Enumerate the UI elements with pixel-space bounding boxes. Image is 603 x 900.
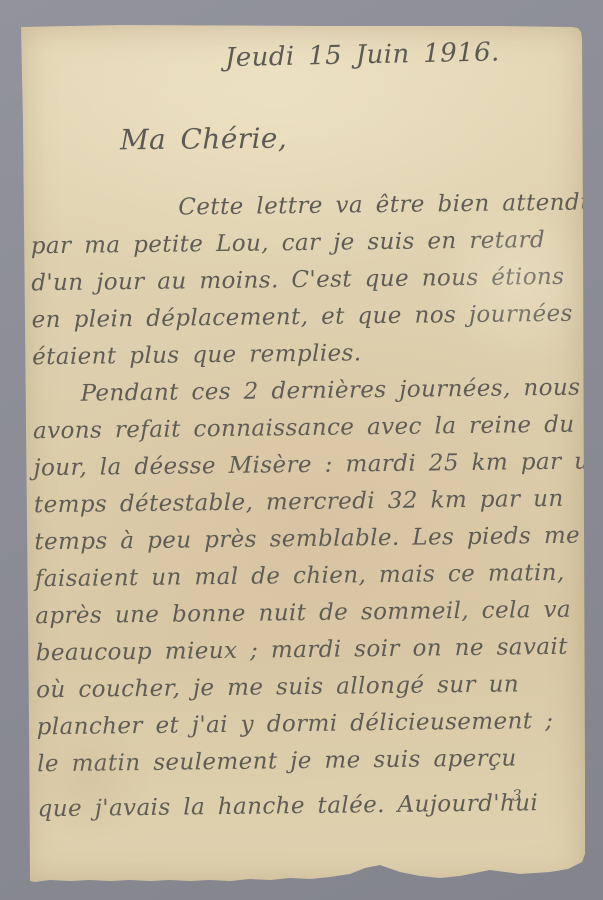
letter-body: Cette lettre va être bien attendue par m… <box>30 185 578 829</box>
body-line-text: que j'avais la hanche talée. Aujourd'hui <box>38 790 539 822</box>
body-line: en plein déplacement, et que nos journée… <box>31 296 571 340</box>
superscript-page-note: 3 <box>512 777 522 814</box>
photo-background: Jeudi 15 Juin 1916. Ma Chérie, Cette let… <box>0 0 603 900</box>
letter-date: Jeudi 15 Juin 1916. <box>225 37 526 73</box>
letter-salutation: Ma Chérie, <box>120 121 380 157</box>
letter-paper: Jeudi 15 Juin 1916. Ma Chérie, Cette let… <box>20 24 586 884</box>
body-line: que j'avais la hanche talée. Aujourd'hui… <box>37 777 578 829</box>
